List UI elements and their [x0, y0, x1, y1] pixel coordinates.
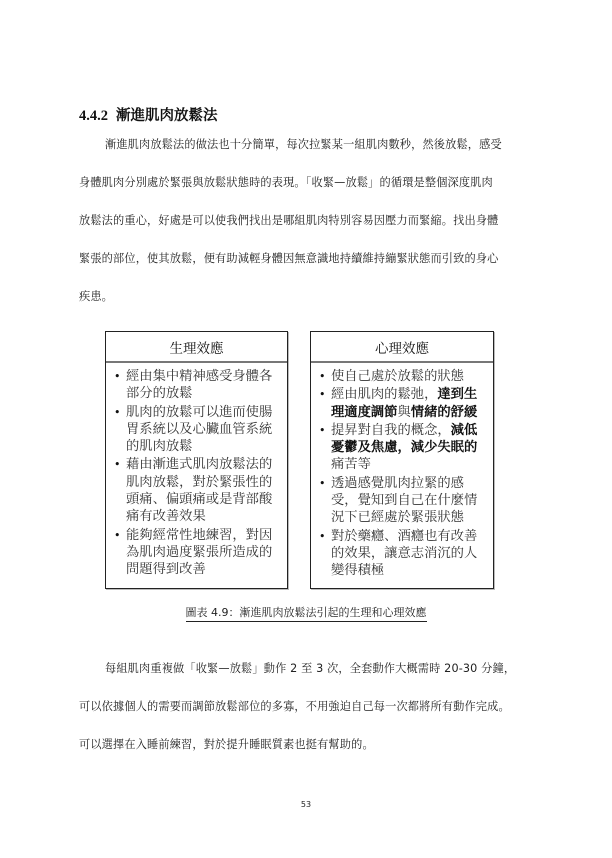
psychological-effects-title: 心理效應 — [311, 332, 493, 363]
paragraph-line: 緊張的部位，使其放鬆，便有助減輕身體因無意識地持續維持繃緊狀態而引致的身心 — [79, 240, 531, 278]
section-heading: 4.4.2漸進肌肉放鬆法 — [79, 104, 218, 125]
bullet-icon: • — [114, 527, 121, 544]
bullet-icon: • — [319, 386, 326, 403]
list-item: •藉由漸進式肌肉放鬆法的肌肉放鬆，對於緊張性的頭痛、偏頭痛或是背部酸痛有改善效果 — [114, 456, 281, 525]
section-title: 漸進肌肉放鬆法 — [116, 108, 218, 124]
list-item: •經由肌肉的鬆弛，達到生理適度調節與情緒的舒緩 — [319, 386, 487, 421]
intro-paragraph: 漸進肌肉放鬆法的做法也十分簡單，每次拉緊某一組肌肉數秒，然後放鬆，感受 身體肌肉… — [79, 126, 531, 316]
bullet-icon: • — [319, 475, 326, 492]
paragraph-line: 可以依據個人的需要而調節放鬆部位的多寡，不用強迫自己每一次都將所有動作完成。 — [79, 688, 531, 726]
figure-caption: 圖表 4.9：漸進肌肉放鬆法引起的生理和心理效應 — [0, 604, 612, 620]
bullet-icon: • — [114, 456, 121, 473]
list-item: •提昇對自我的概念，減低憂鬱及焦慮，減少失眠的痛苦等 — [319, 422, 487, 474]
list-item: •能夠經常性地練習，對因為肌肉過度緊張所造成的問題得到改善 — [114, 527, 281, 579]
list-item: •經由集中精神感受身體各部分的放鬆 — [114, 368, 281, 403]
paragraph-line: 每組肌肉重複做「收緊—放鬆」動作 2 至 3 次，全套動作大概需時 20-30 … — [79, 650, 531, 688]
paragraph-line: 可以選擇在入睡前練習，對於提升睡眠質素也挺有幫助的。 — [79, 726, 531, 764]
bullet-icon: • — [114, 404, 121, 421]
paragraph-line: 身體肌肉分別處於緊張與放鬆狀態時的表現。「收緊—放鬆」的循環是整個深度肌肉 — [79, 164, 531, 202]
list-item: •透過感覺肌肉拉緊的感受，覺知到自己在什麼情況下已經處於緊張狀態 — [319, 475, 487, 527]
list-item: •肌肉的放鬆可以進而使腸胃系統以及心臟血管系統的肌肉放鬆 — [114, 404, 281, 456]
section-number: 4.4.2 — [79, 108, 108, 124]
physiological-effects-list: •經由集中精神感受身體各部分的放鬆 •肌肉的放鬆可以進而使腸胃系統以及心臟血管系… — [106, 363, 287, 579]
list-item: •對於藥癮、酒癮也有改善的效果，讓意志消沉的人變得積極 — [319, 528, 487, 580]
bullet-icon: • — [319, 422, 326, 439]
closing-paragraph: 每組肌肉重複做「收緊—放鬆」動作 2 至 3 次，全套動作大概需時 20-30 … — [79, 650, 531, 764]
paragraph-line: 漸進肌肉放鬆法的做法也十分簡單，每次拉緊某一組肌肉數秒，然後放鬆，感受 — [79, 126, 531, 164]
paragraph-line: 疾患。 — [79, 278, 531, 316]
list-item: •使自己處於放鬆的狀態 — [319, 368, 487, 385]
physiological-effects-title: 生理效應 — [106, 332, 287, 363]
page-number: 53 — [0, 800, 612, 809]
psychological-effects-list: •使自己處於放鬆的狀態•經由肌肉的鬆弛，達到生理適度調節與情緒的舒緩•提昇對自我… — [311, 363, 493, 580]
bullet-icon: • — [319, 528, 326, 545]
paragraph-line: 放鬆法的重心，好處是可以使我們找出是哪組肌肉特別容易因壓力而緊縮。找出身體 — [79, 202, 531, 240]
psychological-effects-box: 心理效應 •使自己處於放鬆的狀態•經由肌肉的鬆弛，達到生理適度調節與情緒的舒緩•… — [310, 331, 494, 589]
physiological-effects-box: 生理效應 •經由集中精神感受身體各部分的放鬆 •肌肉的放鬆可以進而使腸胃系統以及… — [105, 331, 288, 589]
bullet-icon: • — [114, 368, 121, 385]
bullet-icon: • — [319, 368, 326, 385]
